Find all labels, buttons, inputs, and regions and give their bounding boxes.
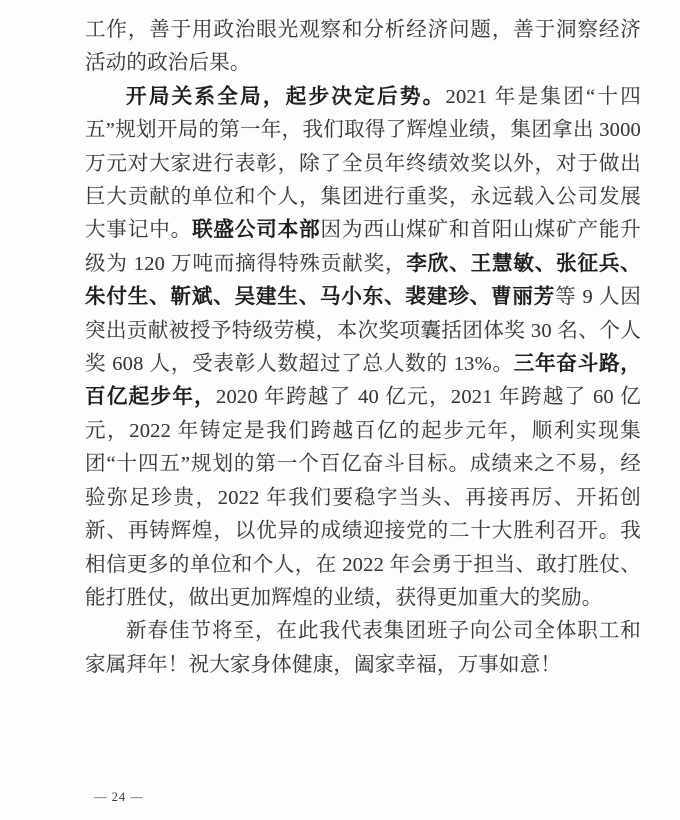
paragraph: 新春佳节将至，在此我代表集团班子向公司全体职工和家属拜年！祝大家身体健康，阖家幸… [85, 615, 641, 682]
text-run: 工作，善于用政治眼光观察和分析经济问题，善于洞察经济活动的政治后果。 [85, 19, 641, 74]
bold-text-run: 开局关系全局，起步决定后势。 [126, 86, 446, 108]
paragraph: 工作，善于用政治眼光观察和分析经济问题，善于洞察经济活动的政治后果。 [85, 14, 641, 81]
text-run: 新春佳节将至，在此我代表集团班子向公司全体职工和家属拜年！祝大家身体健康，阖家幸… [85, 620, 641, 675]
paragraph: 开局关系全局，起步决定后势。2021 年是集团“十四五”规划开局的第一年，我们取… [85, 81, 641, 616]
scanned-document-page: 工作，善于用政治眼光观察和分析经济问题，善于洞察经济活动的政治后果。开局关系全局… [0, 0, 680, 820]
page-number: — 24 — [94, 790, 144, 805]
document-body: 工作，善于用政治眼光观察和分析经济问题，善于洞察经济活动的政治后果。开局关系全局… [85, 14, 641, 682]
text-run: 2020 年跨越了 40 亿元，2021 年跨越了 60 亿元，2022 年铸定… [85, 386, 641, 608]
bold-text-run: 联盛公司本部 [192, 219, 320, 241]
